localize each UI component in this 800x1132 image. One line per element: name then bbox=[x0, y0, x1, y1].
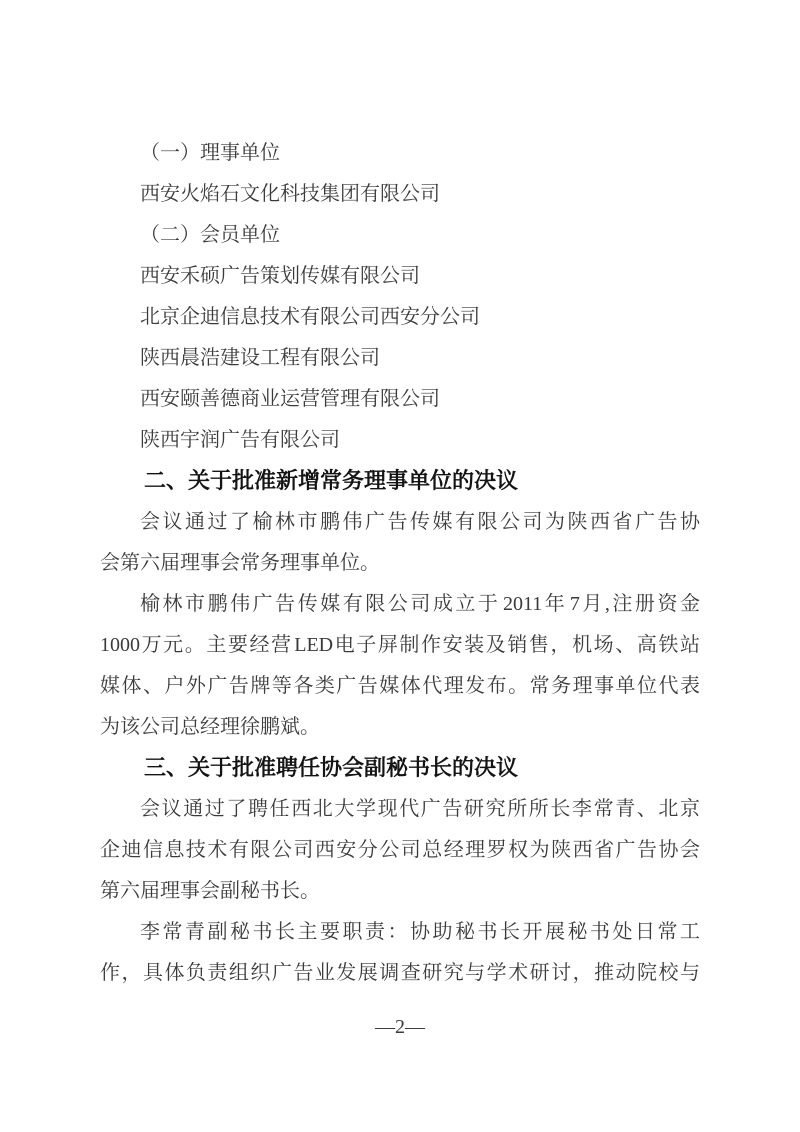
text-line: 1000 万元。主要经营 LED 电子屏制作安装及销售，机场、高铁站 bbox=[100, 625, 700, 666]
page-number: —2— bbox=[0, 1007, 800, 1048]
text-line: （二）会员单位 bbox=[100, 215, 700, 256]
text-line: 第六届理事会副秘书长。 bbox=[100, 871, 700, 912]
text-line: （一）理事单位 bbox=[100, 133, 700, 174]
text-line: 为该公司总经理徐鹏斌。 bbox=[100, 707, 700, 748]
text-line: 媒体、户外广告牌等各类广告媒体代理发布。常务理事单位代表 bbox=[100, 666, 700, 707]
text-line: 企迪信息技术有限公司西安分公司总经理罗权为陕西省广告协会 bbox=[100, 830, 700, 871]
document-body: （一）理事单位西安火焰石文化科技集团有限公司（二）会员单位西安禾硕广告策划传媒有… bbox=[100, 133, 700, 994]
text-line: 北京企迪信息技术有限公司西安分公司 bbox=[100, 297, 700, 338]
text-line: 西安颐善德商业运营管理有限公司 bbox=[100, 379, 700, 420]
text-line: 西安火焰石文化科技集团有限公司 bbox=[100, 174, 700, 215]
section-heading: 二、关于批准新增常务理事单位的决议 bbox=[100, 461, 700, 502]
section-heading: 三、关于批准聘任协会副秘书长的决议 bbox=[100, 748, 700, 789]
text-line: 会第六届理事会常务理事单位。 bbox=[100, 543, 700, 584]
document-page: （一）理事单位西安火焰石文化科技集团有限公司（二）会员单位西安禾硕广告策划传媒有… bbox=[0, 0, 800, 1132]
text-line: 西安禾硕广告策划传媒有限公司 bbox=[100, 256, 700, 297]
text-line: 作，具体负责组织广告业发展调查研究与学术研讨，推动院校与 bbox=[100, 953, 700, 994]
text-line: 陕西宇润广告有限公司 bbox=[100, 420, 700, 461]
text-line: 陕西晨浩建设工程有限公司 bbox=[100, 338, 700, 379]
text-line: 李常青副秘书长主要职责：协助秘书长开展秘书处日常工 bbox=[100, 912, 700, 953]
text-line: 会议通过了聘任西北大学现代广告研究所所长李常青、北京 bbox=[100, 789, 700, 830]
text-line: 榆林市鹏伟广告传媒有限公司成立于 2011 年 7 月,注册资金 bbox=[100, 584, 700, 625]
text-line: 会议通过了榆林市鹏伟广告传媒有限公司为陕西省广告协 bbox=[100, 502, 700, 543]
